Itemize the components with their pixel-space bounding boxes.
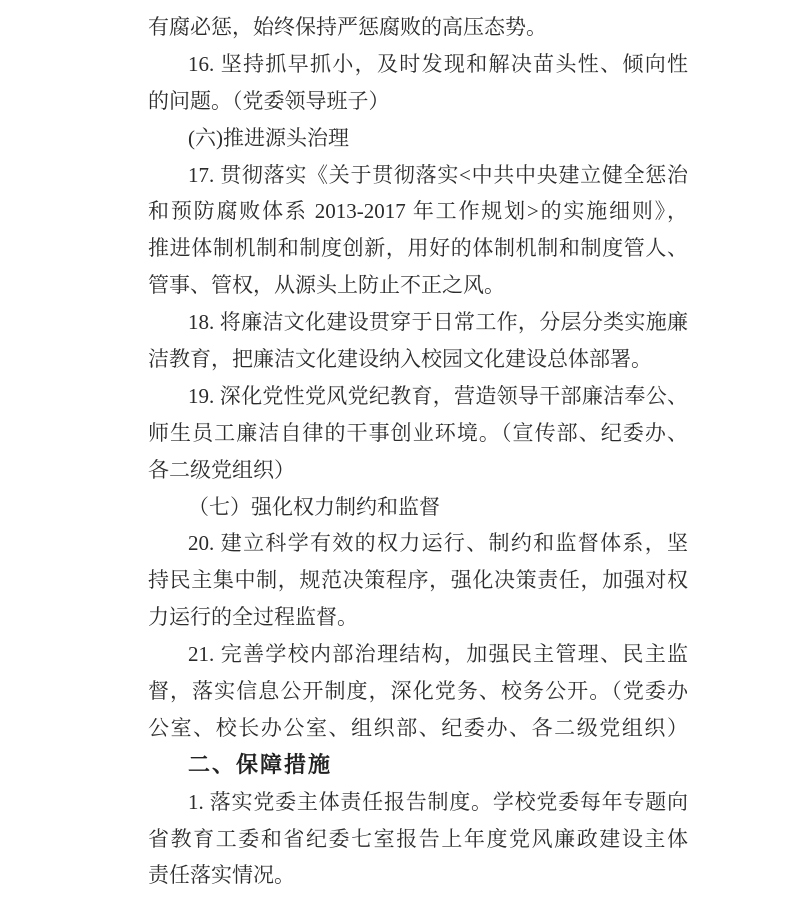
text-line: 洁教育，把廉洁文化建设纳入校园文化建设总体部署。 bbox=[148, 341, 688, 378]
text-line: 责任落实情况。 bbox=[148, 857, 688, 894]
document-page: 有腐必惩，始终保持严惩腐败的高压态势。16. 坚持抓早抓小，及时发现和解决苗头性… bbox=[0, 0, 790, 901]
text-line: 省教育工委和省纪委七室报告上年度党风廉政建设主体 bbox=[148, 821, 688, 858]
document-body: 有腐必惩，始终保持严惩腐败的高压态势。16. 坚持抓早抓小，及时发现和解决苗头性… bbox=[148, 9, 688, 894]
text-line: (六)推进源头治理 bbox=[148, 120, 688, 157]
text-line: 和预防腐败体系 2013-2017 年工作规划>的实施细则》， bbox=[148, 193, 688, 230]
text-line: 1. 落实党委主体责任报告制度。学校党委每年专题向 bbox=[148, 784, 688, 821]
text-line: 持民主集中制，规范决策程序，强化决策责任，加强对权 bbox=[148, 562, 688, 599]
text-line: 21. 完善学校内部治理结构，加强民主管理、民主监 bbox=[148, 636, 688, 673]
text-line: 管事、管权，从源头上防止不正之风。 bbox=[148, 267, 688, 304]
text-line: 的问题。（党委领导班子） bbox=[148, 83, 688, 120]
text-line: 有腐必惩，始终保持严惩腐败的高压态势。 bbox=[148, 9, 688, 46]
text-line: 17. 贯彻落实《关于贯彻落实<中共中央建立健全惩治 bbox=[148, 157, 688, 194]
text-line: 督，落实信息公开制度，深化党务、校务公开。（党委办 bbox=[148, 673, 688, 710]
text-line: （七）强化权力制约和监督 bbox=[148, 489, 688, 526]
text-line: 19. 深化党性党风党纪教育，营造领导干部廉洁奉公、 bbox=[148, 378, 688, 415]
section-heading: 二、保障措施 bbox=[148, 747, 688, 784]
text-line: 各二级党组织） bbox=[148, 452, 688, 489]
text-line: 师生员工廉洁自律的干事创业环境。（宣传部、纪委办、 bbox=[148, 415, 688, 452]
text-line: 16. 坚持抓早抓小，及时发现和解决苗头性、倾向性 bbox=[148, 46, 688, 83]
text-line: 公室、校长办公室、组织部、纪委办、各二级党组织） bbox=[148, 710, 688, 747]
text-line: 18. 将廉洁文化建设贯穿于日常工作，分层分类实施廉 bbox=[148, 304, 688, 341]
text-line: 推进体制机制和制度创新，用好的体制机制和制度管人、 bbox=[148, 230, 688, 267]
text-line: 力运行的全过程监督。 bbox=[148, 599, 688, 636]
text-line: 20. 建立科学有效的权力运行、制约和监督体系，坚 bbox=[148, 525, 688, 562]
